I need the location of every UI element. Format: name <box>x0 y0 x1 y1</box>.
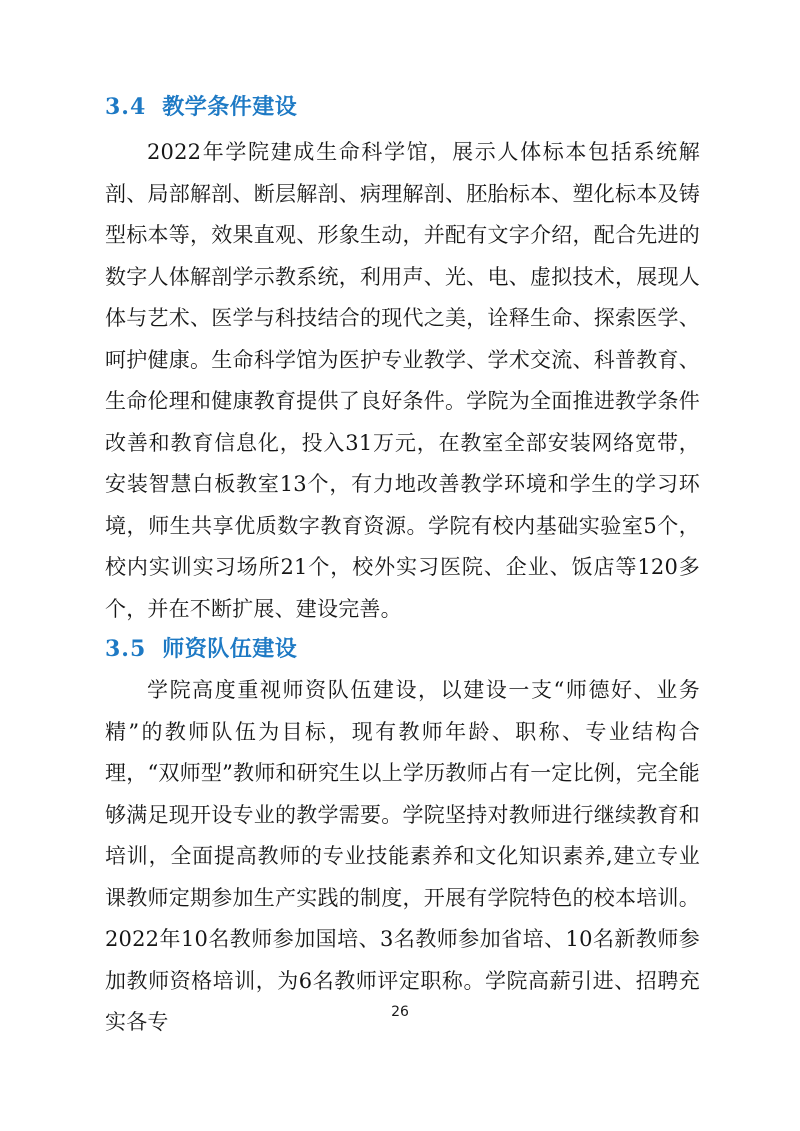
paragraph-teaching-conditions: 2022年学院建成生命科学馆，展示人体标本包括系统解剖、局部解剖、断层解剖、病理… <box>105 132 700 630</box>
section-title: 师资队伍建设 <box>162 636 297 662</box>
section-title: 教学条件建设 <box>162 94 297 120</box>
section-number: 3.4 <box>105 94 146 120</box>
section-teaching-conditions: 3.4教学条件建设 2022年学院建成生命科学馆，展示人体标本包括系统解剖、局部… <box>105 94 700 630</box>
paragraph-faculty-team: 学院高度重视师资队伍建设，以建设一支“师德好、业务精”的教师队伍为目标，现有教师… <box>105 670 700 1044</box>
section-heading-3-5: 3.5师资队伍建设 <box>105 636 700 662</box>
page-number: 26 <box>0 1004 800 1020</box>
section-number: 3.5 <box>105 636 146 662</box>
page-content: 3.4教学条件建设 2022年学院建成生命科学馆，展示人体标本包括系统解剖、局部… <box>0 0 800 1044</box>
section-heading-3-4: 3.4教学条件建设 <box>105 94 700 120</box>
document-page: 3.4教学条件建设 2022年学院建成生命科学馆，展示人体标本包括系统解剖、局部… <box>0 0 800 1131</box>
section-faculty-team: 3.5师资队伍建设 学院高度重视师资队伍建设，以建设一支“师德好、业务精”的教师… <box>105 636 700 1044</box>
